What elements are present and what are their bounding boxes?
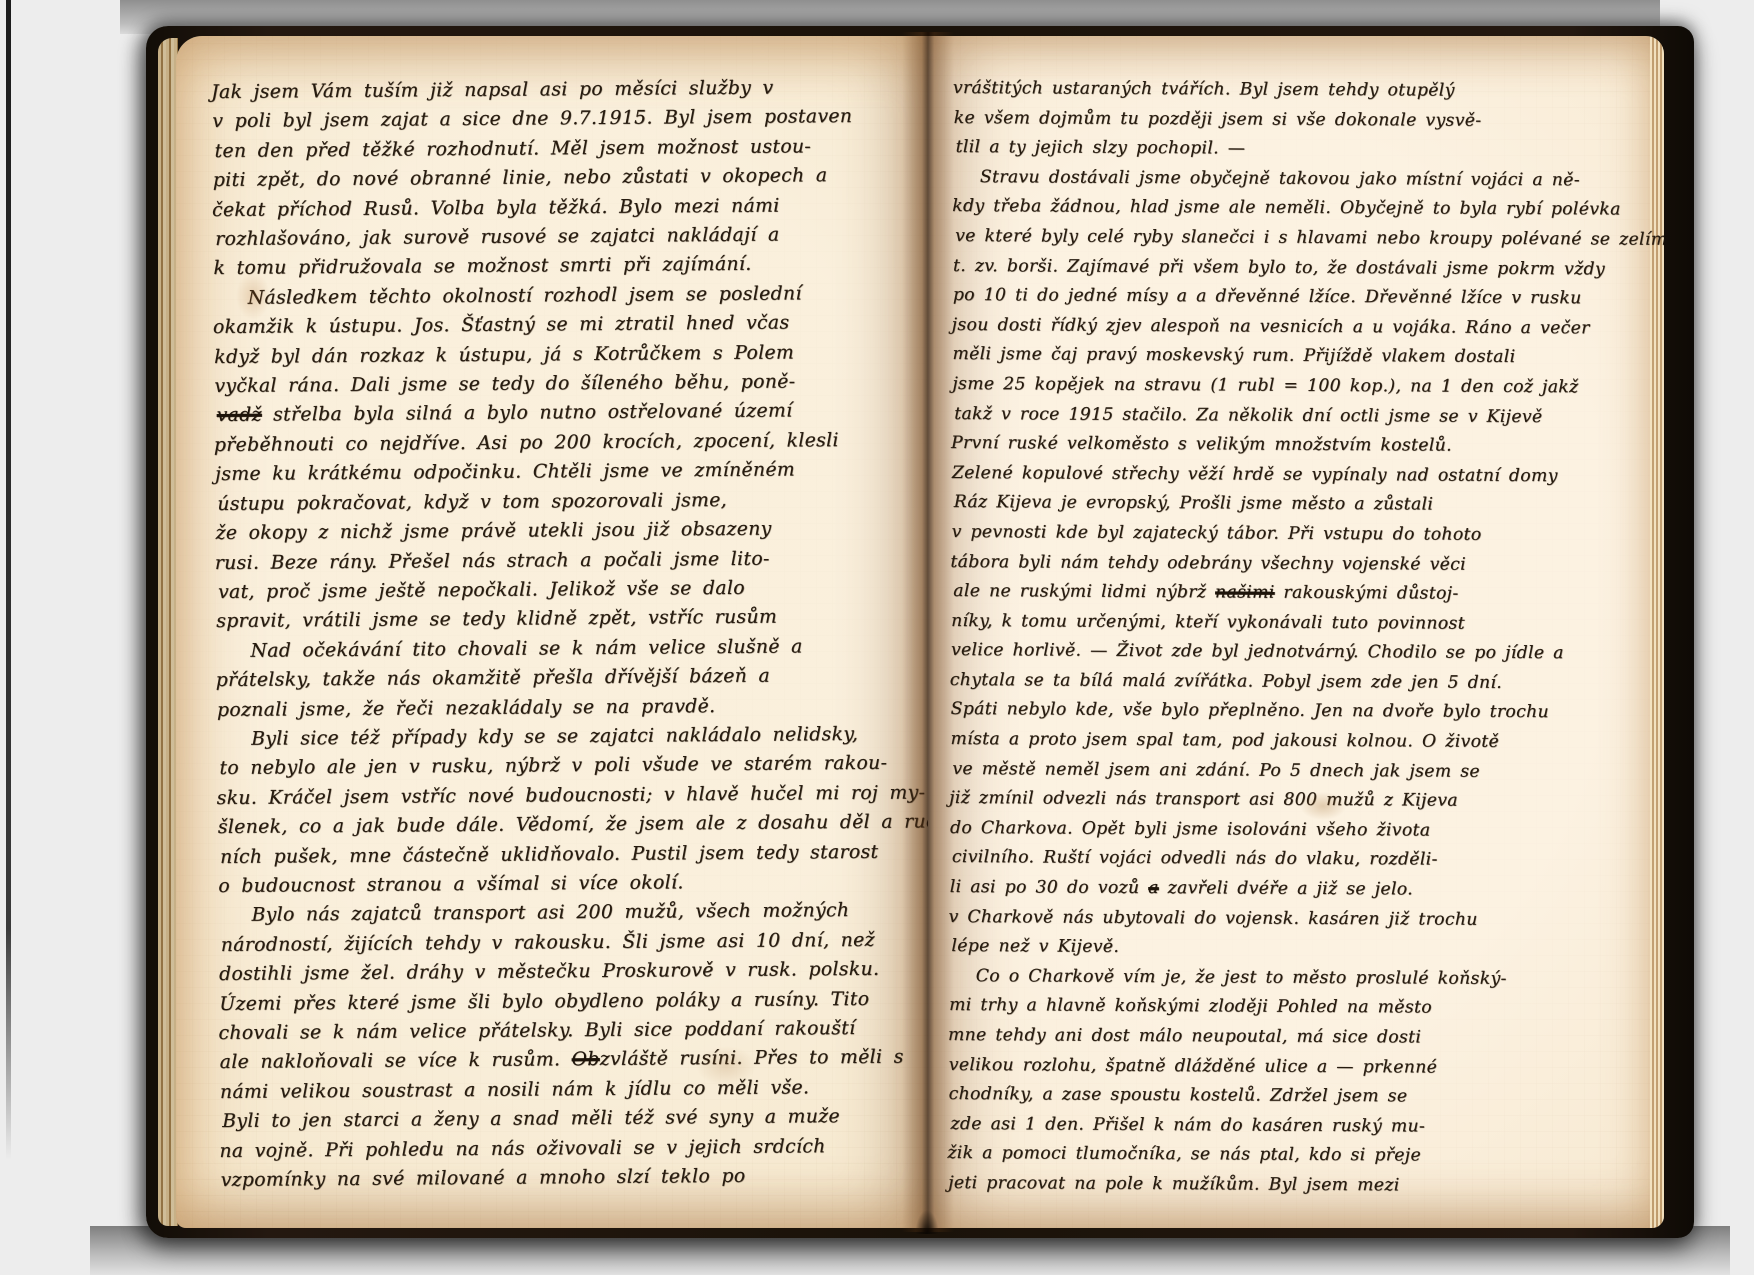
left-page-handwriting: Jak jsem Vám tuším již napsal asi po měs… xyxy=(212,72,928,1195)
handwriting-line: civilního. Ruští vojáci odvedli nás do v… xyxy=(952,843,1656,876)
diary-left-page: Jak jsem Vám tuším již napsal asi po měs… xyxy=(176,36,928,1228)
handwriting-line: chovali se k nám velice přátelsky. Byli … xyxy=(218,1013,926,1048)
handwriting-line: okamžik k ústupu. Jos. Šťastný se mi ztr… xyxy=(213,308,921,343)
handwriting-line: ve které byly celé ryby slanečci i s hla… xyxy=(955,222,1659,255)
handwriting-line: do Charkova. Opět byli jsme isolováni vš… xyxy=(950,814,1654,847)
handwriting-line: vzpomínky na své milované a mnoho slzí t… xyxy=(221,1160,928,1195)
handwriting-line: ale nakloňovali se více k rusům. Obzvláš… xyxy=(220,1043,928,1078)
handwriting-line: ten den před těžké rozhodnutí. Měl jsem … xyxy=(214,131,922,166)
handwriting-line: národností, žijících tehdy v rakousku. Š… xyxy=(221,925,928,960)
handwriting-line: jeti pracovat na pole k mužíkům. Byl jse… xyxy=(948,1169,1652,1202)
scanner-edge-line xyxy=(6,0,11,1160)
handwriting-line: lépe než v Kijevě. xyxy=(951,932,1655,965)
handwriting-line: místa a proto jsem spal tam, pod jakousi… xyxy=(950,725,1654,758)
handwriting-line: jsou dosti řídký zjev alespoň na vesnicí… xyxy=(952,311,1656,344)
diary-book: Jak jsem Vám tuším již napsal asi po měs… xyxy=(146,26,1694,1238)
handwriting-line: žik a pomoci tlumočníka, se nás ptal, kd… xyxy=(947,1139,1651,1172)
handwriting-line: První ruské velkoměsto s velikým množstv… xyxy=(951,429,1655,462)
handwriting-line: chytala se ta bílá malá zvířátka. Pobyl … xyxy=(950,666,1654,699)
handwriting-line: Jak jsem Vám tuším již napsal asi po měs… xyxy=(211,72,919,107)
page-stack-edge-left xyxy=(158,38,178,1226)
diary-right-page: vráštitých ustaraných tvářích. Byl jsem … xyxy=(928,36,1664,1228)
handwriting-line: tlil a ty jejich slzy pochopil. — xyxy=(956,133,1660,166)
handwriting-line: kdy třeba žádnou, hlad jsme ale neměli. … xyxy=(952,192,1656,225)
right-page-handwriting: vráštitých ustaraných tvářích. Byl jsem … xyxy=(948,74,1658,1202)
handwriting-line: ústupu pokračovat, když v tom spozoroval… xyxy=(217,484,925,519)
handwriting-line: na vojně. Při pohledu na nás oživovali s… xyxy=(219,1131,927,1166)
handwriting-line: přátelsky, takže nás okamžitě přešla dří… xyxy=(216,661,924,696)
handwriting-line: již zmínil odvezli nás transport asi 800… xyxy=(949,784,1653,817)
handwriting-line: li asi po 30 do vozů a zavřeli dvéře a j… xyxy=(950,873,1654,906)
handwriting-line: velikou rozlohu, špatně dlážděné ulice a… xyxy=(949,1051,1653,1084)
handwriting-line: vat, proč jsme ještě nepočkali. Jelikož … xyxy=(218,572,926,607)
handwriting-line: rozhlašováno, jak surově rusové se zajat… xyxy=(215,219,923,254)
handwriting-line: velice horlivě. — Život zde byl jednotvá… xyxy=(951,636,1655,669)
handwriting-line: t. zv. borši. Zajímavé při všem bylo to,… xyxy=(953,252,1657,285)
handwriting-line: mne tehdy ani dost málo neupoutal, má si… xyxy=(948,1021,1652,1054)
handwriting-line: Co o Charkově vím je, že jest to město p… xyxy=(949,962,1653,995)
handwriting-line: Zelené kopulové střechy věží hrdě se vyp… xyxy=(952,459,1656,492)
handwriting-line: sku. Kráčel jsem vstříc nové budoucnosti… xyxy=(217,778,925,813)
handwriting-line: přeběhnouti co nejdříve. Asi po 200 kroc… xyxy=(214,425,922,460)
handwriting-line: měli jsme čaj pravý moskevský rum. Přijí… xyxy=(952,340,1656,373)
handwriting-line: takž v roce 1915 stačilo. Za několik dní… xyxy=(954,400,1658,433)
book-gutter-shadow xyxy=(902,32,954,1232)
handwriting-line: ale ne ruskými lidmi nýbrž našimi rakous… xyxy=(953,577,1657,610)
handwriting-line: Spáti nebylo kde, vše bylo přeplněno. Je… xyxy=(951,695,1655,728)
handwriting-line: v Charkově nás ubytovali do vojensk. kas… xyxy=(949,903,1653,936)
handwriting-line: ke všem dojmům tu později jsem si vše do… xyxy=(954,104,1658,137)
handwriting-line: mi trhy a hlavně koňskými zloději Pohled… xyxy=(949,991,1653,1024)
handwriting-line: zde asi 1 den. Přišel k nám do kasáren r… xyxy=(950,1110,1654,1143)
handwriting-line: Stravu dostávali jsme obyčejně takovou j… xyxy=(953,163,1657,196)
handwriting-line: tábora byli nám tehdy odebrány všechny v… xyxy=(950,547,1654,580)
handwriting-line: ve městě neměl jsem ani zdání. Po 5 dnec… xyxy=(952,755,1656,788)
book-gutter-notch xyxy=(914,1194,940,1234)
handwriting-line: vráštitých ustaraných tvářích. Byl jsem … xyxy=(953,74,1657,107)
handwriting-line: v pevnosti kde byl zajatecký tábor. Při … xyxy=(952,518,1656,551)
handwriting-line: ních pušek, mne částečně uklidňovalo. Pu… xyxy=(220,837,928,872)
handwriting-line: níky, k tomu určenými, kteří vykonávali … xyxy=(951,607,1655,640)
handwriting-line: jsme 25 kopějek na stravu (1 rubl = 100 … xyxy=(952,370,1656,403)
handwriting-line: Ráz Kijeva je evropský, Prošli jsme měst… xyxy=(954,488,1658,521)
handwriting-line: chodníky, a zase spoustu kostelů. Zdržel… xyxy=(949,1080,1653,1113)
handwriting-line: po 10 ti do jedné mísy a a dřevěnné lžíc… xyxy=(953,281,1657,314)
scanned-diary-spread: Jak jsem Vám tuším již napsal asi po měs… xyxy=(0,0,1754,1275)
